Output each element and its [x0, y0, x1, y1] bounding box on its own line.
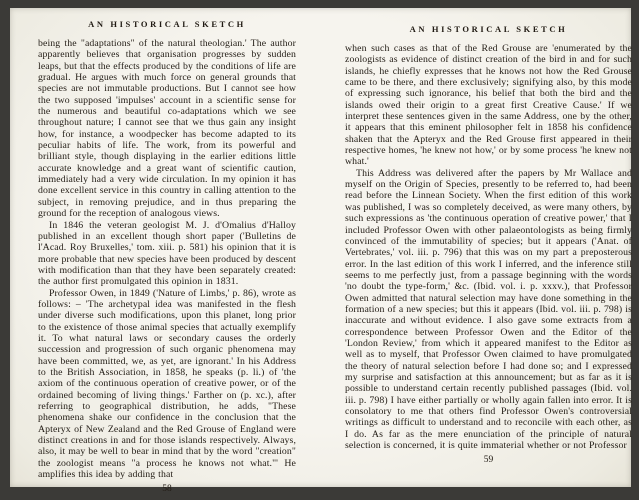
text-block-right: when such cases as that of the Red Grous…	[345, 43, 632, 451]
paragraph-red-grouse: when such cases as that of the Red Grous…	[345, 43, 632, 168]
running-header-right: AN HISTORICAL SKETCH	[345, 24, 632, 34]
page-right: AN HISTORICAL SKETCH when such cases as …	[345, 13, 632, 465]
paragraph-continuation: being the "adaptations" of the natural t…	[38, 38, 296, 220]
running-header-left: AN HISTORICAL SKETCH	[38, 19, 296, 29]
page-left: AN HISTORICAL SKETCH being the "adaptati…	[38, 8, 296, 494]
paragraph-domalius: In 1846 the veteran geologist M. J. d'Om…	[38, 220, 296, 288]
page-number-left: 58	[38, 484, 296, 494]
paragraph-address-wallace: This Address was delivered after the pap…	[345, 168, 632, 452]
page-number-right: 59	[345, 455, 632, 465]
text-block-left: being the "adaptations" of the natural t…	[38, 38, 296, 480]
book-spread: AN HISTORICAL SKETCH being the "adaptati…	[10, 8, 631, 487]
paragraph-owen-1849: Professor Owen, in 1849 ('Nature of Limb…	[38, 288, 296, 481]
